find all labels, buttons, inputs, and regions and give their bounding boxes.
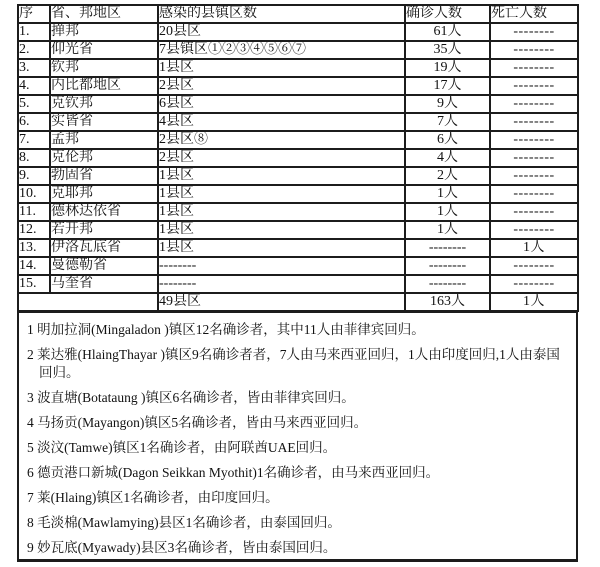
cases-table: 序 省、邦地区 感染的县镇区数 确诊人数 死亡人数 1. 掸邦 20县区 61人…	[17, 4, 579, 312]
cell-deaths: --------	[490, 257, 578, 275]
cell-confirmed: --------	[405, 257, 490, 275]
cell-region: 若开邦	[50, 221, 158, 239]
cell-region: 孟邦	[50, 131, 158, 149]
cell-region: 曼德勒省	[50, 257, 158, 275]
total-empty-cell	[18, 293, 158, 311]
note-line: 9 妙瓦底(Myawady)县区3名确诊者，皆由泰国回归。	[27, 539, 566, 557]
cell-region: 克钦邦	[50, 95, 158, 113]
cell-infected-count: 1县区	[158, 203, 405, 221]
cell-infected-count: --------	[158, 257, 405, 275]
cell-deaths: 1人	[490, 239, 578, 257]
cell-confirmed: 17人	[405, 77, 490, 95]
cell-region: 德林达依省	[50, 203, 158, 221]
cell-confirmed: 1人	[405, 203, 490, 221]
cell-deaths: --------	[490, 167, 578, 185]
col-header-region: 省、邦地区	[50, 5, 158, 23]
table-row: 10. 克耶邦 1县区 1人 --------	[18, 185, 578, 203]
cell-region: 仰光省	[50, 41, 158, 59]
cell-deaths: --------	[490, 203, 578, 221]
table-header-row: 序 省、邦地区 感染的县镇区数 确诊人数 死亡人数	[18, 5, 578, 23]
table-row: 5. 克钦邦 6县区 9人 --------	[18, 95, 578, 113]
cell-confirmed: 61人	[405, 23, 490, 41]
note-line: 4 马扬贡(Mayangon)镇区5名确诊者，皆由马来西亚回归。	[27, 414, 566, 432]
table-row: 11. 德林达依省 1县区 1人 --------	[18, 203, 578, 221]
note-line: 5 淡汶(Tamwe)镇区1名确诊者，由阿联酋UAE回归。	[27, 439, 566, 457]
table-row: 15. 马奎省 -------- -------- --------	[18, 275, 578, 293]
cell-infected-count: 7县镇区①②③④⑤⑥⑦	[158, 41, 405, 59]
cell-no: 13.	[18, 239, 50, 257]
cell-region: 实皆省	[50, 113, 158, 131]
cell-infected-count: 1县区	[158, 221, 405, 239]
table-row: 6. 实皆省 4县区 7人 --------	[18, 113, 578, 131]
cell-no: 8.	[18, 149, 50, 167]
total-infected: 49县区	[158, 293, 405, 311]
cell-deaths: --------	[490, 149, 578, 167]
note-line: 7 莱(Hlaing)镇区1名确诊者，由印度回归。	[27, 489, 566, 507]
total-confirmed: 163人	[405, 293, 490, 311]
cell-confirmed: 1人	[405, 221, 490, 239]
document-page: 序 省、邦地区 感染的县镇区数 确诊人数 死亡人数 1. 掸邦 20县区 61人…	[0, 0, 600, 567]
note-line: 8 毛淡棉(Mawlamying)县区1名确诊者，由泰国回归。	[27, 514, 566, 532]
table-row: 7. 孟邦 2县区⑧ 6人 --------	[18, 131, 578, 149]
cell-region: 内比都地区	[50, 77, 158, 95]
table-row: 12. 若开邦 1县区 1人 --------	[18, 221, 578, 239]
cell-no: 11.	[18, 203, 50, 221]
col-header-confirmed: 确诊人数	[405, 5, 490, 23]
cell-confirmed: 2人	[405, 167, 490, 185]
table-row: 3. 钦邦 1县区 19人 --------	[18, 59, 578, 77]
cell-region: 克伦邦	[50, 149, 158, 167]
cell-region: 勃固省	[50, 167, 158, 185]
note-line: 3 波直塘(Botataung )镇区6名确诊者，皆由菲律宾回归。	[27, 389, 566, 407]
cell-no: 2.	[18, 41, 50, 59]
cell-infected-count: 2县区⑧	[158, 131, 405, 149]
cell-no: 1.	[18, 23, 50, 41]
table-row: 13. 伊洛瓦底省 1县区 -------- 1人	[18, 239, 578, 257]
cell-no: 15.	[18, 275, 50, 293]
cell-infected-count: 1县区	[158, 59, 405, 77]
cell-confirmed: 7人	[405, 113, 490, 131]
table-row: 14. 曼德勒省 -------- -------- --------	[18, 257, 578, 275]
table-row: 8. 克伦邦 2县区 4人 --------	[18, 149, 578, 167]
cell-deaths: --------	[490, 131, 578, 149]
cell-no: 14.	[18, 257, 50, 275]
table-row: 2. 仰光省 7县镇区①②③④⑤⑥⑦ 35人 --------	[18, 41, 578, 59]
cell-infected-count: 6县区	[158, 95, 405, 113]
cell-region: 掸邦	[50, 23, 158, 41]
cell-no: 4.	[18, 77, 50, 95]
cell-region: 马奎省	[50, 275, 158, 293]
table-row: 9. 勃固省 1县区 2人 --------	[18, 167, 578, 185]
col-header-infected: 感染的县镇区数	[158, 5, 405, 23]
cell-confirmed: 19人	[405, 59, 490, 77]
cell-no: 12.	[18, 221, 50, 239]
col-header-no: 序	[18, 5, 50, 23]
cell-deaths: --------	[490, 77, 578, 95]
cell-infected-count: 2县区	[158, 149, 405, 167]
cell-infected-count: 20县区	[158, 23, 405, 41]
note-line: 2 莱达雅(HlaingThayar )镇区9名确诊者者，7人由马来西亚回归，1…	[27, 346, 566, 382]
cell-confirmed: --------	[405, 275, 490, 293]
cell-infected-count: 1县区	[158, 185, 405, 203]
cell-infected-count: --------	[158, 275, 405, 293]
note-line: 6 德贡港口新城(Dagon Seikkan Myothit)1名确诊者，由马来…	[27, 464, 566, 482]
cell-deaths: --------	[490, 95, 578, 113]
cell-deaths: --------	[490, 275, 578, 293]
cell-deaths: --------	[490, 113, 578, 131]
notes-box: 1 明加拉洞(Mingaladon )镇区12名确诊者，其中11人由菲律宾回归。…	[17, 311, 578, 562]
cell-no: 5.	[18, 95, 50, 113]
cell-confirmed: 4人	[405, 149, 490, 167]
cell-confirmed: 9人	[405, 95, 490, 113]
cell-confirmed: --------	[405, 239, 490, 257]
cell-infected-count: 1县区	[158, 167, 405, 185]
cell-confirmed: 1人	[405, 185, 490, 203]
cell-no: 9.	[18, 167, 50, 185]
cell-confirmed: 35人	[405, 41, 490, 59]
cell-no: 7.	[18, 131, 50, 149]
table-row: 4. 内比都地区 2县区 17人 --------	[18, 77, 578, 95]
col-header-deaths: 死亡人数	[490, 5, 578, 23]
cell-confirmed: 6人	[405, 131, 490, 149]
table-row: 1. 掸邦 20县区 61人 --------	[18, 23, 578, 41]
cell-no: 3.	[18, 59, 50, 77]
note-line: 1 明加拉洞(Mingaladon )镇区12名确诊者，其中11人由菲律宾回归。	[27, 321, 566, 339]
total-deaths: 1人	[490, 293, 578, 311]
cell-no: 10.	[18, 185, 50, 203]
cell-deaths: --------	[490, 221, 578, 239]
cell-deaths: --------	[490, 41, 578, 59]
cell-infected-count: 1县区	[158, 239, 405, 257]
total-row: 49县区 163人 1人	[18, 293, 578, 311]
cell-no: 6.	[18, 113, 50, 131]
cell-deaths: --------	[490, 23, 578, 41]
cell-region: 伊洛瓦底省	[50, 239, 158, 257]
cell-infected-count: 4县区	[158, 113, 405, 131]
cell-region: 克耶邦	[50, 185, 158, 203]
cell-infected-count: 2县区	[158, 77, 405, 95]
cell-region: 钦邦	[50, 59, 158, 77]
cell-deaths: --------	[490, 59, 578, 77]
cell-deaths: --------	[490, 185, 578, 203]
